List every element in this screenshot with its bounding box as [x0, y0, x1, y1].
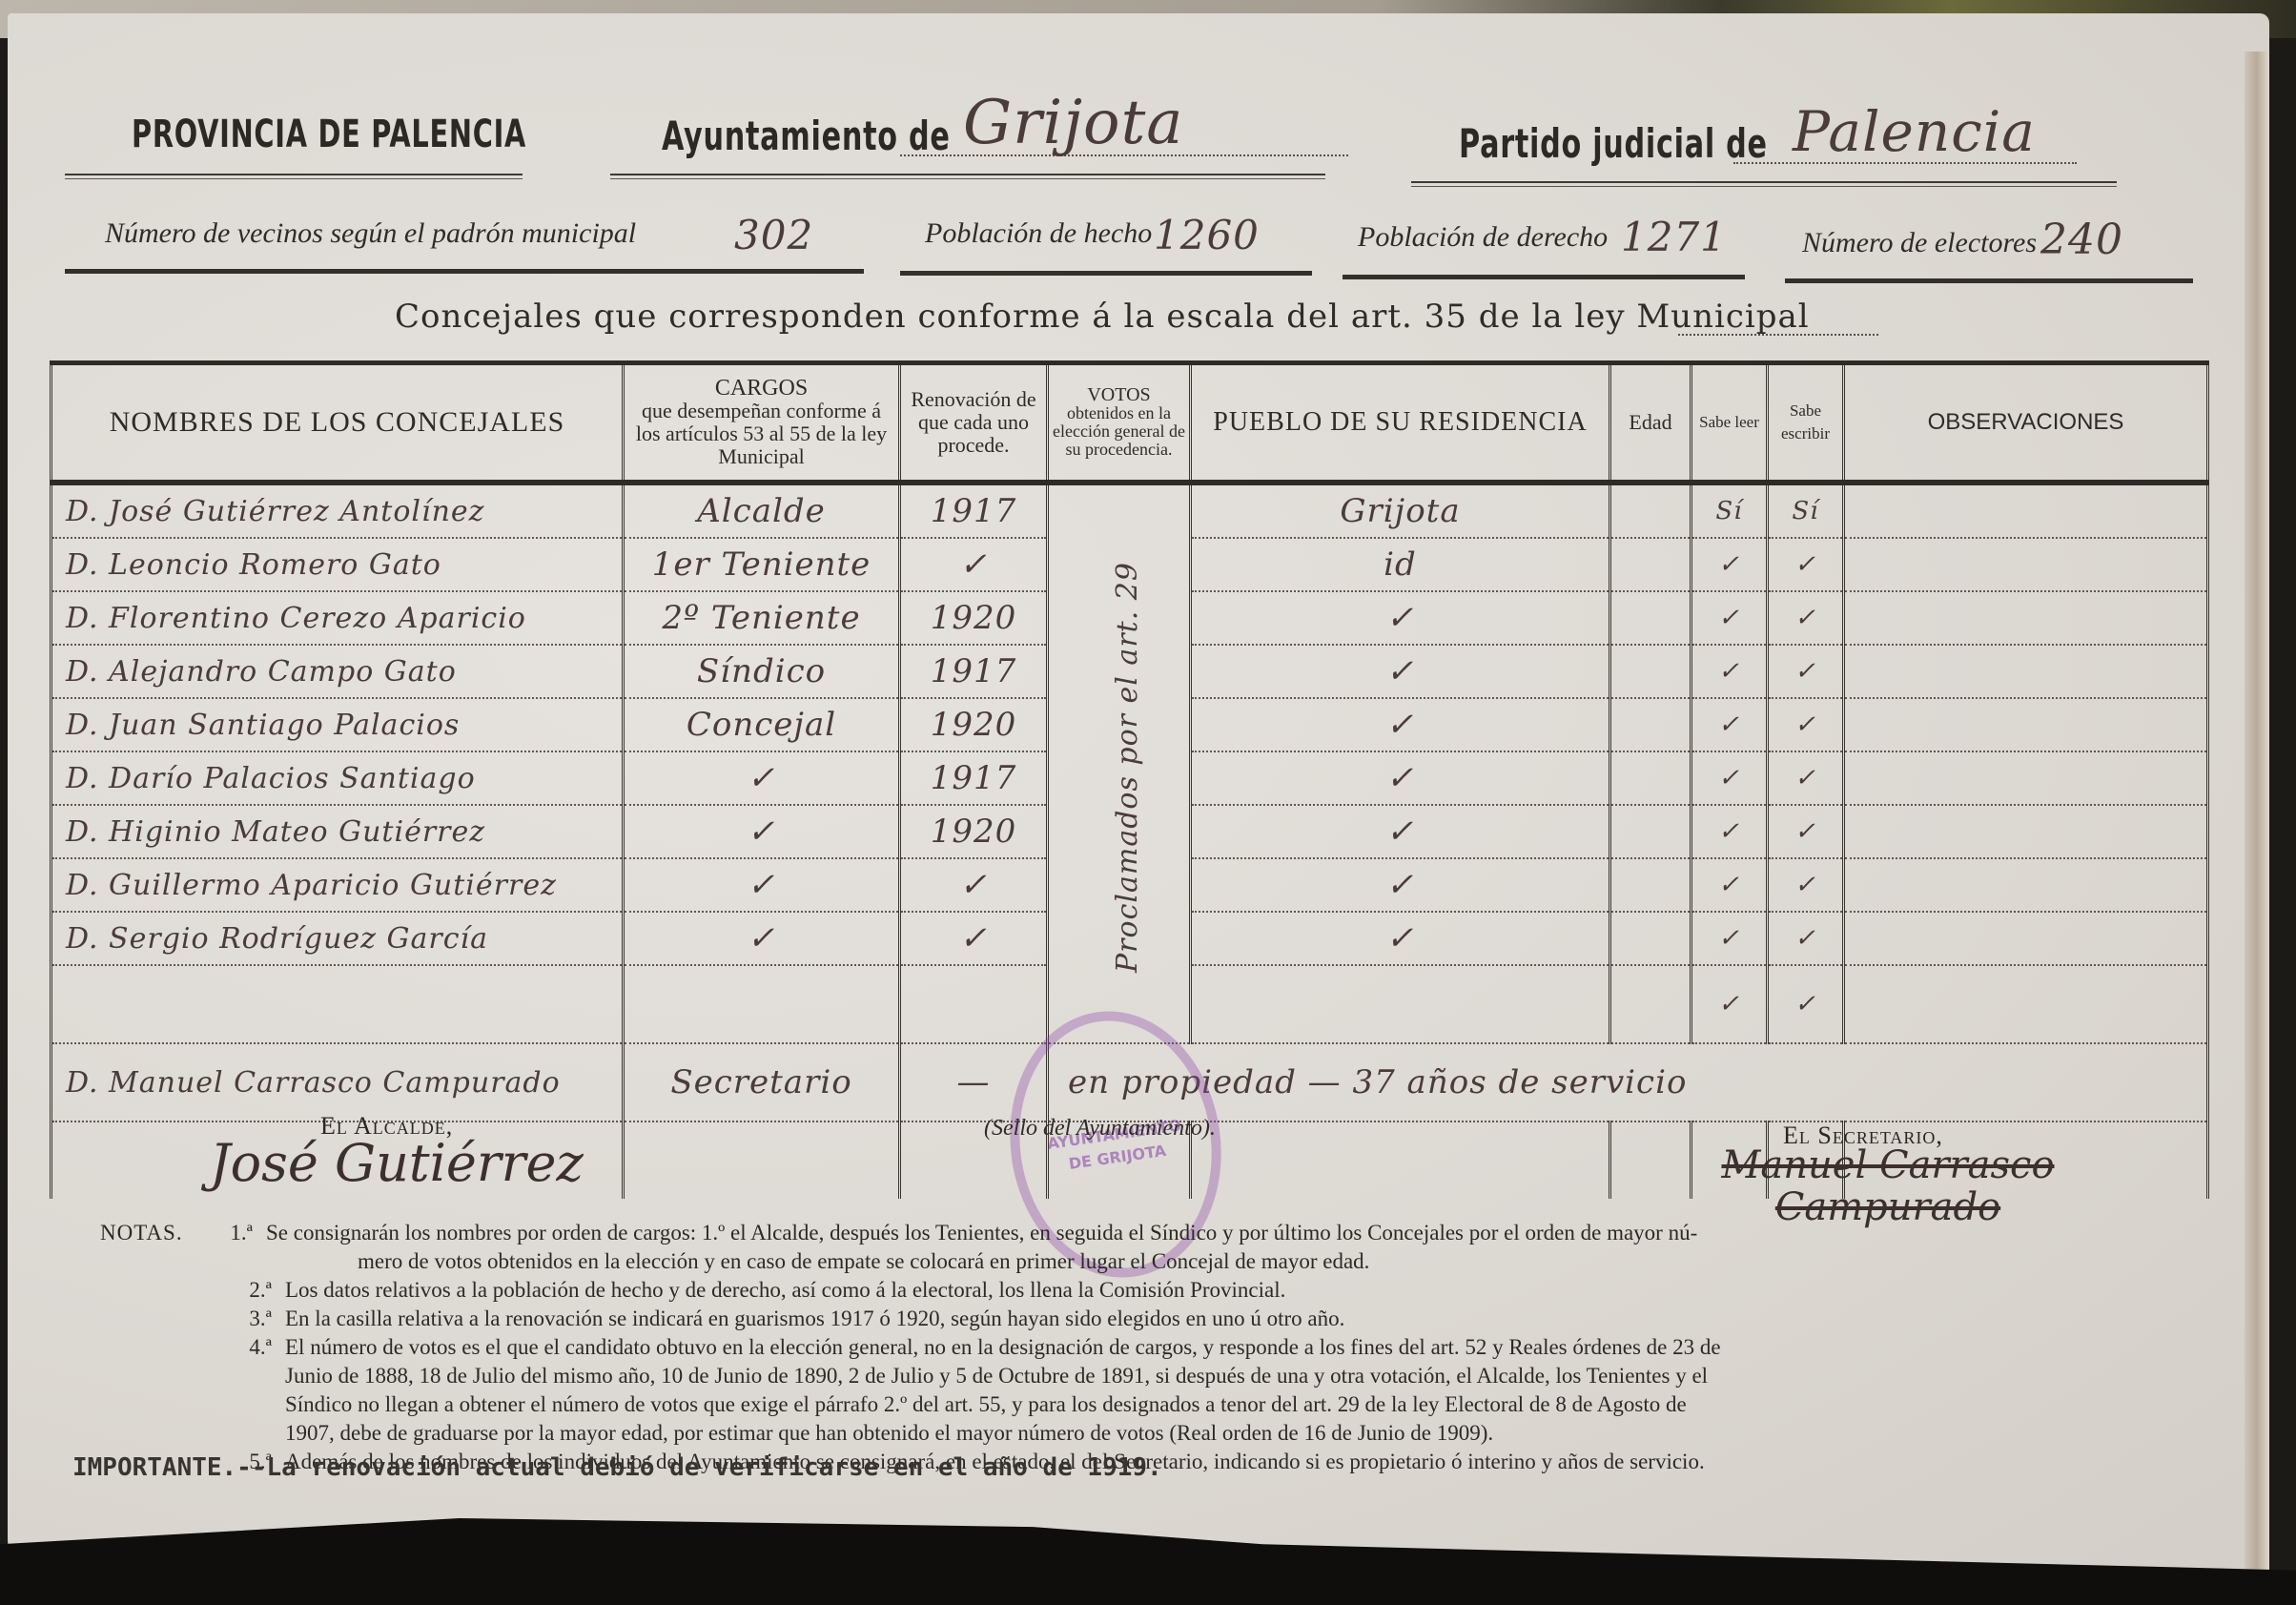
cell-escribir: ✓	[1768, 751, 1844, 805]
cell-renovacion: 1917	[900, 483, 1048, 538]
cell-nombre: D. Florentino Cerezo Aparicio	[51, 591, 624, 645]
table-header-row: NOMBRES DE LOS CONCEJALES CARGOS que des…	[51, 363, 2208, 484]
cell-cargo: 1er Teniente	[624, 538, 900, 591]
note-number: 4.ª	[215, 1333, 285, 1362]
cell-leer: ✓	[1691, 858, 1768, 912]
cell-renovacion	[900, 965, 1048, 1043]
cell-obs	[1844, 483, 2208, 538]
note-number: 1.ª	[215, 1219, 266, 1247]
cell-edad	[1610, 591, 1691, 645]
note-item: 2.ª Los datos relativos a la población d…	[100, 1276, 2198, 1305]
col-sabe-escribir: Sabe escribir	[1768, 363, 1844, 484]
cell-nombre: D. Juan Santiago Palacios	[51, 698, 624, 751]
cell-obs	[1844, 858, 2208, 912]
notes-label: NOTAS.	[100, 1219, 215, 1247]
cell-edad	[1610, 912, 1691, 965]
cell-leer: Sí	[1691, 483, 1768, 538]
cell-escribir: ✓	[1768, 698, 1844, 751]
subtitle: Concejales que corresponden conforme á l…	[395, 298, 1810, 336]
cell-cargo: 2º Teniente	[624, 591, 900, 645]
divider	[65, 174, 523, 179]
cell-pueblo	[1191, 1121, 1610, 1199]
divider	[1343, 275, 1745, 279]
cell-edad	[1610, 645, 1691, 698]
cell-leer: ✓	[1691, 698, 1768, 751]
cell-escribir: ✓	[1768, 591, 1844, 645]
col-renovacion: Renovación de que cada uno procede.	[900, 363, 1048, 484]
sello-label: (Sello del Ayuntamiento).	[984, 1116, 1216, 1142]
cell-pueblo: ✓	[1191, 751, 1610, 805]
cell-escribir: ✓	[1768, 858, 1844, 912]
cell-edad	[1610, 538, 1691, 591]
cell-leer: ✓	[1691, 645, 1768, 698]
cell-obs	[1844, 591, 2208, 645]
cell-pueblo	[1191, 965, 1610, 1043]
derecho-value: 1271	[1621, 214, 1727, 260]
subtitle-line	[1678, 334, 1878, 336]
col-nombres: NOMBRES DE LOS CONCEJALES	[51, 363, 624, 484]
note-item: 4.ª El número de votos es el que el cand…	[100, 1333, 2198, 1362]
cell-renovacion: ✓	[900, 912, 1048, 965]
cell-leer: ✓	[1691, 805, 1768, 858]
cell-edad	[1610, 1121, 1691, 1199]
cell-nombre: D. Darío Palacios Santiago	[51, 751, 624, 805]
cell-escribir: ✓	[1768, 805, 1844, 858]
hecho-label: Población de hecho	[925, 217, 1152, 250]
col-cargos: CARGOS que desempeñan conforme á los art…	[624, 363, 900, 484]
cell-edad	[1610, 751, 1691, 805]
cell-renovacion: 1920	[900, 591, 1048, 645]
cell-cargo: ✓	[624, 751, 900, 805]
note-text: mero de votos obtenidos en la elección y…	[100, 1247, 2198, 1276]
cell-edad	[1610, 483, 1691, 538]
cell-escribir: ✓	[1768, 538, 1844, 591]
note-text: Síndico no llegan a obtener el número de…	[100, 1390, 2198, 1419]
partido-label: Partido judicial de	[1459, 120, 1768, 167]
cell-cargo: ✓	[624, 805, 900, 858]
note-number: 3.ª	[215, 1305, 285, 1333]
cell-renovacion: 1917	[900, 751, 1048, 805]
cell-obs	[1844, 538, 2208, 591]
col-votos-sub: obtenidos en la elección general de su p…	[1049, 404, 1189, 459]
note-text: Se consignarán los nombres por orden de …	[266, 1219, 1697, 1247]
cell-nombre	[51, 965, 624, 1043]
col-cargos-sub: que desempeñan conforme á los artículos …	[625, 400, 898, 468]
votos-vertical-note: Proclamados por el art. 29	[1111, 562, 1144, 973]
cell-escribir: ✓	[1768, 965, 1844, 1043]
col-observaciones: OBSERVACIONES	[1844, 363, 2208, 484]
cell-obs	[1844, 645, 2208, 698]
cell-pueblo: id	[1191, 538, 1610, 591]
col-votos-title: VOTOS	[1049, 386, 1189, 404]
electores-label: Número de electores	[1802, 227, 2037, 259]
cell-renovacion: 1920	[900, 805, 1048, 858]
cell-renovacion: 1920	[900, 698, 1048, 751]
col-edad: Edad	[1610, 363, 1691, 484]
cell-pueblo: ✓	[1191, 591, 1610, 645]
cell-leer: ✓	[1691, 912, 1768, 965]
cell-nombre: D. Higinio Mateo Gutiérrez	[51, 805, 624, 858]
page-edge	[2245, 51, 2269, 1577]
cell-cargo: Síndico	[624, 645, 900, 698]
cell-leer: ✓	[1691, 751, 1768, 805]
ayuntamiento-value: Grijota	[963, 88, 1183, 158]
cell-nombre: D. Guillermo Aparicio Gutiérrez	[51, 858, 624, 912]
cell-edad	[1610, 858, 1691, 912]
alcalde-signature: José Gutiérrez	[210, 1133, 584, 1193]
note-text: Junio de 1888, 18 de Julio del mismo año…	[100, 1362, 2198, 1390]
cell-escribir: Sí	[1768, 483, 1844, 538]
cell-escribir: ✓	[1768, 645, 1844, 698]
ayuntamiento-label: Ayuntamiento de	[662, 113, 951, 159]
cell-pueblo: ✓	[1191, 805, 1610, 858]
cell-edad	[1610, 698, 1691, 751]
hecho-value: 1260	[1154, 212, 1260, 258]
cell-obs	[1844, 698, 2208, 751]
derecho-label: Población de derecho	[1358, 221, 1608, 254]
col-votos: VOTOS obtenidos en la elección general d…	[1048, 363, 1191, 484]
cell-pueblo: ✓	[1191, 858, 1610, 912]
note-text: 1907, debe de graduarse por la mayor eda…	[100, 1419, 2198, 1448]
cell-leer: ✓	[1691, 591, 1768, 645]
cell-secretario-note: en propiedad — 37 años de servicio	[1048, 1043, 2208, 1121]
cell-pueblo: Grijota	[1191, 483, 1610, 538]
cell-nombre: D. Sergio Rodríguez García	[51, 912, 624, 965]
note-text: Los datos relativos a la población de he…	[285, 1276, 1285, 1305]
cell-cargo	[624, 1121, 900, 1199]
divider	[900, 271, 1312, 276]
cell-edad	[1610, 965, 1691, 1043]
secretario-signature: Manuel Carrasco Campurado	[1688, 1144, 2088, 1228]
notes-section: NOTAS. 1.ª Se consignarán los nombres po…	[100, 1219, 2198, 1476]
cell-obs	[1844, 912, 2208, 965]
divider	[1785, 278, 2193, 283]
col-cargos-title: CARGOS	[625, 377, 898, 400]
cell-nombre: D. Leoncio Romero Gato	[51, 538, 624, 591]
cell-renovacion: ✓	[900, 538, 1048, 591]
cell-obs	[1844, 965, 2208, 1043]
cell-leer: ✓	[1691, 965, 1768, 1043]
vecinos-value: 302	[734, 212, 813, 258]
cell-renovacion: ✓	[900, 858, 1048, 912]
important-note: IMPORTANTE.--La renovación actual debió …	[72, 1453, 1162, 1482]
note-number: 2.ª	[215, 1276, 285, 1305]
table-row: D. José Gutiérrez Antolínez Alcalde 1917…	[51, 483, 2208, 538]
cell-pueblo: ✓	[1191, 645, 1610, 698]
divider	[1411, 181, 2117, 187]
note-item: 3.ª En la casilla relativa a la renovaci…	[100, 1305, 2198, 1333]
cell-nombre: D. José Gutiérrez Antolínez	[51, 483, 624, 538]
col-pueblo: PUEBLO DE SU RESIDENCIA	[1191, 363, 1610, 484]
cell-cargo: Secretario	[624, 1043, 900, 1121]
cell-cargo: Alcalde	[624, 483, 900, 538]
cell-cargo: Concejal	[624, 698, 900, 751]
partido-value: Palencia	[1793, 99, 2036, 164]
col-sabe-leer: Sabe leer	[1691, 363, 1768, 484]
cell-escribir: ✓	[1768, 912, 1844, 965]
cell-pueblo: ✓	[1191, 698, 1610, 751]
cell-nombre: D. Manuel Carrasco Campurado	[51, 1043, 624, 1121]
cell-obs	[1844, 805, 2208, 858]
cell-renovacion: 1917	[900, 645, 1048, 698]
cell-cargo: ✓	[624, 858, 900, 912]
cell-cargo: ✓	[624, 912, 900, 965]
note-text: El número de votos es el que el candidat…	[285, 1333, 1721, 1362]
cell-pueblo: ✓	[1191, 912, 1610, 965]
cell-nombre: D. Alejandro Campo Gato	[51, 645, 624, 698]
cell-edad	[1610, 805, 1691, 858]
cell-cargo	[624, 965, 900, 1043]
divider	[610, 174, 1325, 179]
vecinos-label: Número de vecinos según el padrón munici…	[105, 217, 636, 250]
electores-value: 240	[2040, 216, 2123, 264]
provincia-title: PROVINCIA DE PALENCIA	[132, 113, 526, 156]
note-item: NOTAS. 1.ª Se consignarán los nombres po…	[100, 1219, 2198, 1247]
cell-leer: ✓	[1691, 538, 1768, 591]
divider	[65, 269, 864, 274]
cell-obs	[1844, 751, 2208, 805]
note-text: En la casilla relativa a la renovación s…	[285, 1305, 1344, 1333]
